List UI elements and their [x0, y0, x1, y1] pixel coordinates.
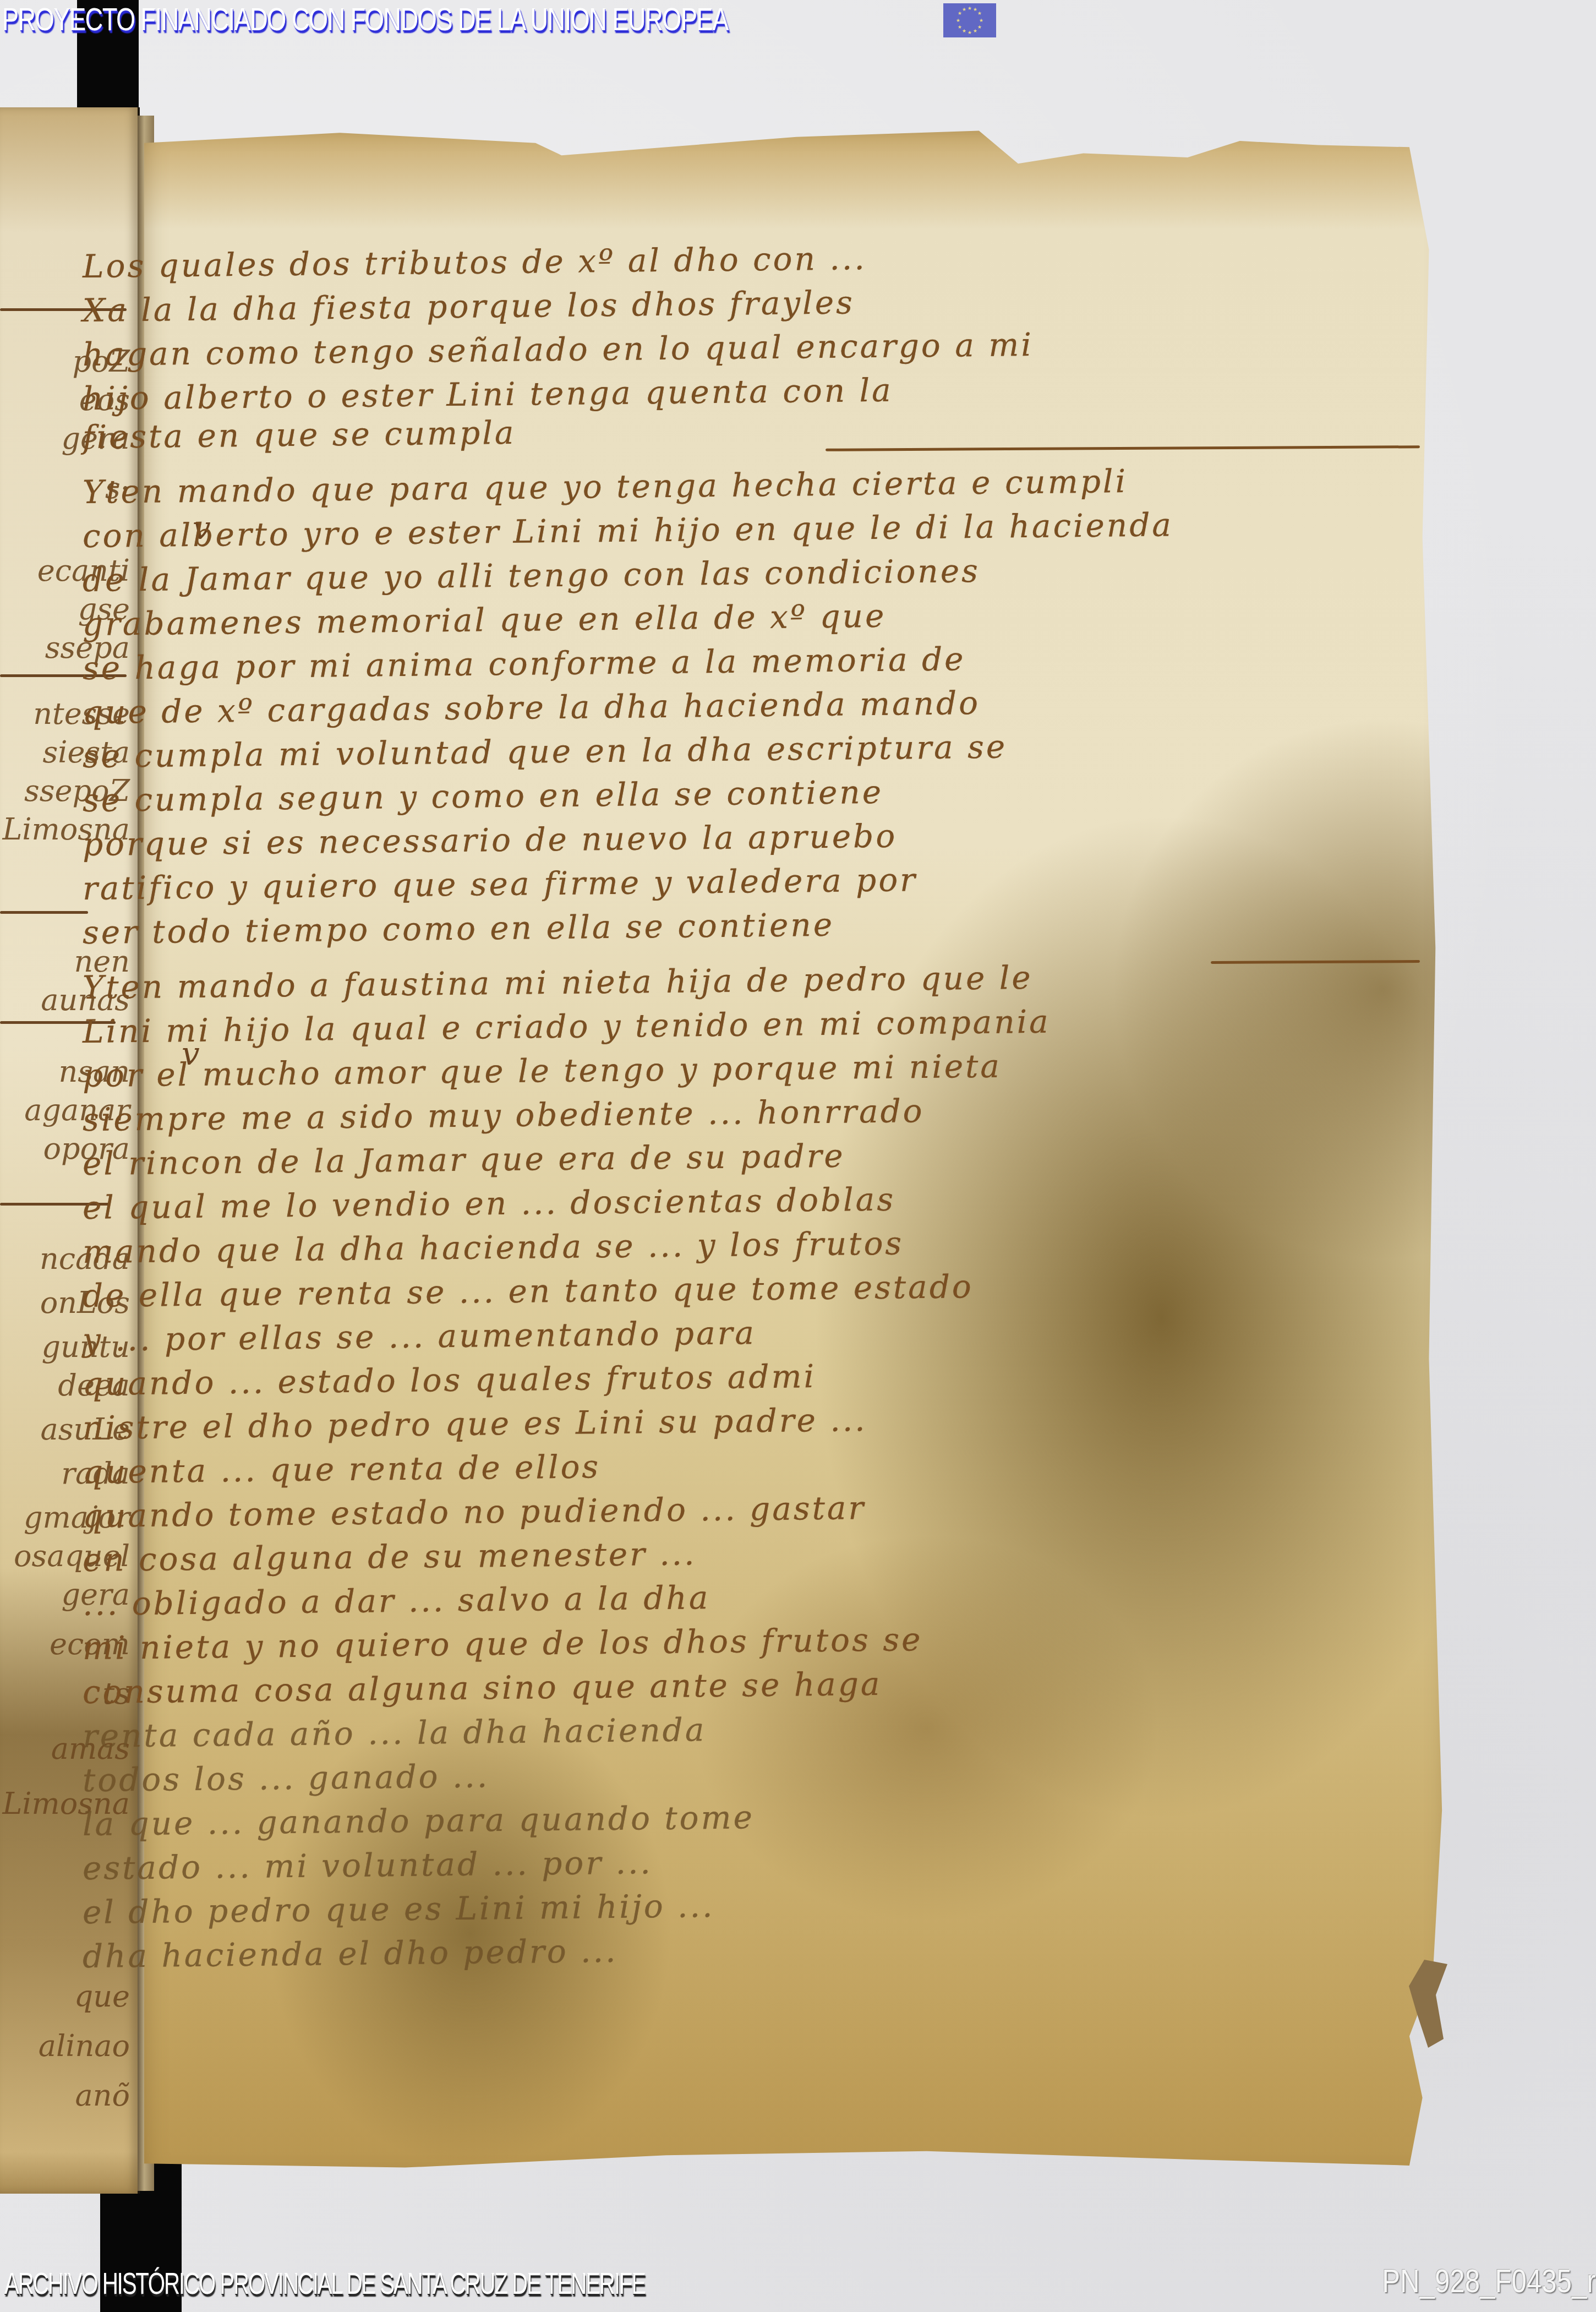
manuscript-line: el dho pedro que es Lini mi hijo ... [83, 1887, 715, 1931]
left-fragment: alinao [39, 2029, 130, 2063]
left-fragment: anõ [75, 2078, 130, 2113]
manuscript-line: quando ... estado los quales frutos admi [83, 1357, 817, 1403]
eu-stars-circle-icon: ★★★ ★★★ ★★★ ★★★ [943, 3, 996, 37]
manuscript-line: renta cada año ... la dha hacienda [83, 1711, 707, 1755]
svg-text:★: ★ [973, 7, 977, 13]
archive-name-footer: ARCHIVO HISTÓRICO PROVINCIAL DE SANTA CR… [4, 2267, 645, 2300]
svg-text:★: ★ [968, 30, 972, 36]
svg-text:★: ★ [958, 11, 962, 17]
svg-text:★: ★ [977, 11, 982, 17]
manuscript-line: ... obligado a dar ... salvo a la dha [83, 1579, 710, 1623]
manuscript-line: quenta ... que renta de ellos [83, 1448, 601, 1491]
svg-text:★: ★ [968, 6, 972, 12]
image-reference-code: PN_928_F0435_r [1382, 2264, 1596, 2299]
svg-text:★: ★ [973, 29, 977, 34]
manuscript-line: dha hacienda el dho pedro ... [83, 1932, 618, 1975]
left-fragment: que [74, 1979, 130, 2014]
svg-text:★: ★ [962, 7, 966, 13]
svg-text:★: ★ [962, 29, 966, 34]
manuscript-line: en cosa alguna de su menester ... [83, 1535, 697, 1579]
eu-flag-icon: ★★★ ★★★ ★★★ ★★★ [943, 3, 996, 37]
svg-text:★: ★ [979, 18, 983, 24]
svg-text:★: ★ [958, 25, 962, 30]
manuscript-line: estado ... mi voluntad ... por ... [83, 1844, 653, 1887]
manuscript-line: fiesta en que se cumpla [83, 414, 516, 456]
svg-text:★: ★ [956, 18, 960, 24]
manuscript-line: todos los ... ganado ... [83, 1757, 490, 1799]
manuscript-line: ser todo tiempo como en ella se contiene [83, 906, 835, 951]
manuscript-line: la que ... ganando para quando tome [83, 1798, 755, 1843]
eu-funding-banner: PROYECTO FINANCIADO CON FONDOS DE LA UNI… [2, 2, 728, 37]
manuscript-line: el rincon de la Jamar que era de su padr… [83, 1137, 845, 1182]
manuscript-line: y ... por ellas se ... aumentando para [83, 1314, 757, 1359]
left-page-rule [0, 911, 88, 914]
svg-text:★: ★ [977, 25, 982, 30]
